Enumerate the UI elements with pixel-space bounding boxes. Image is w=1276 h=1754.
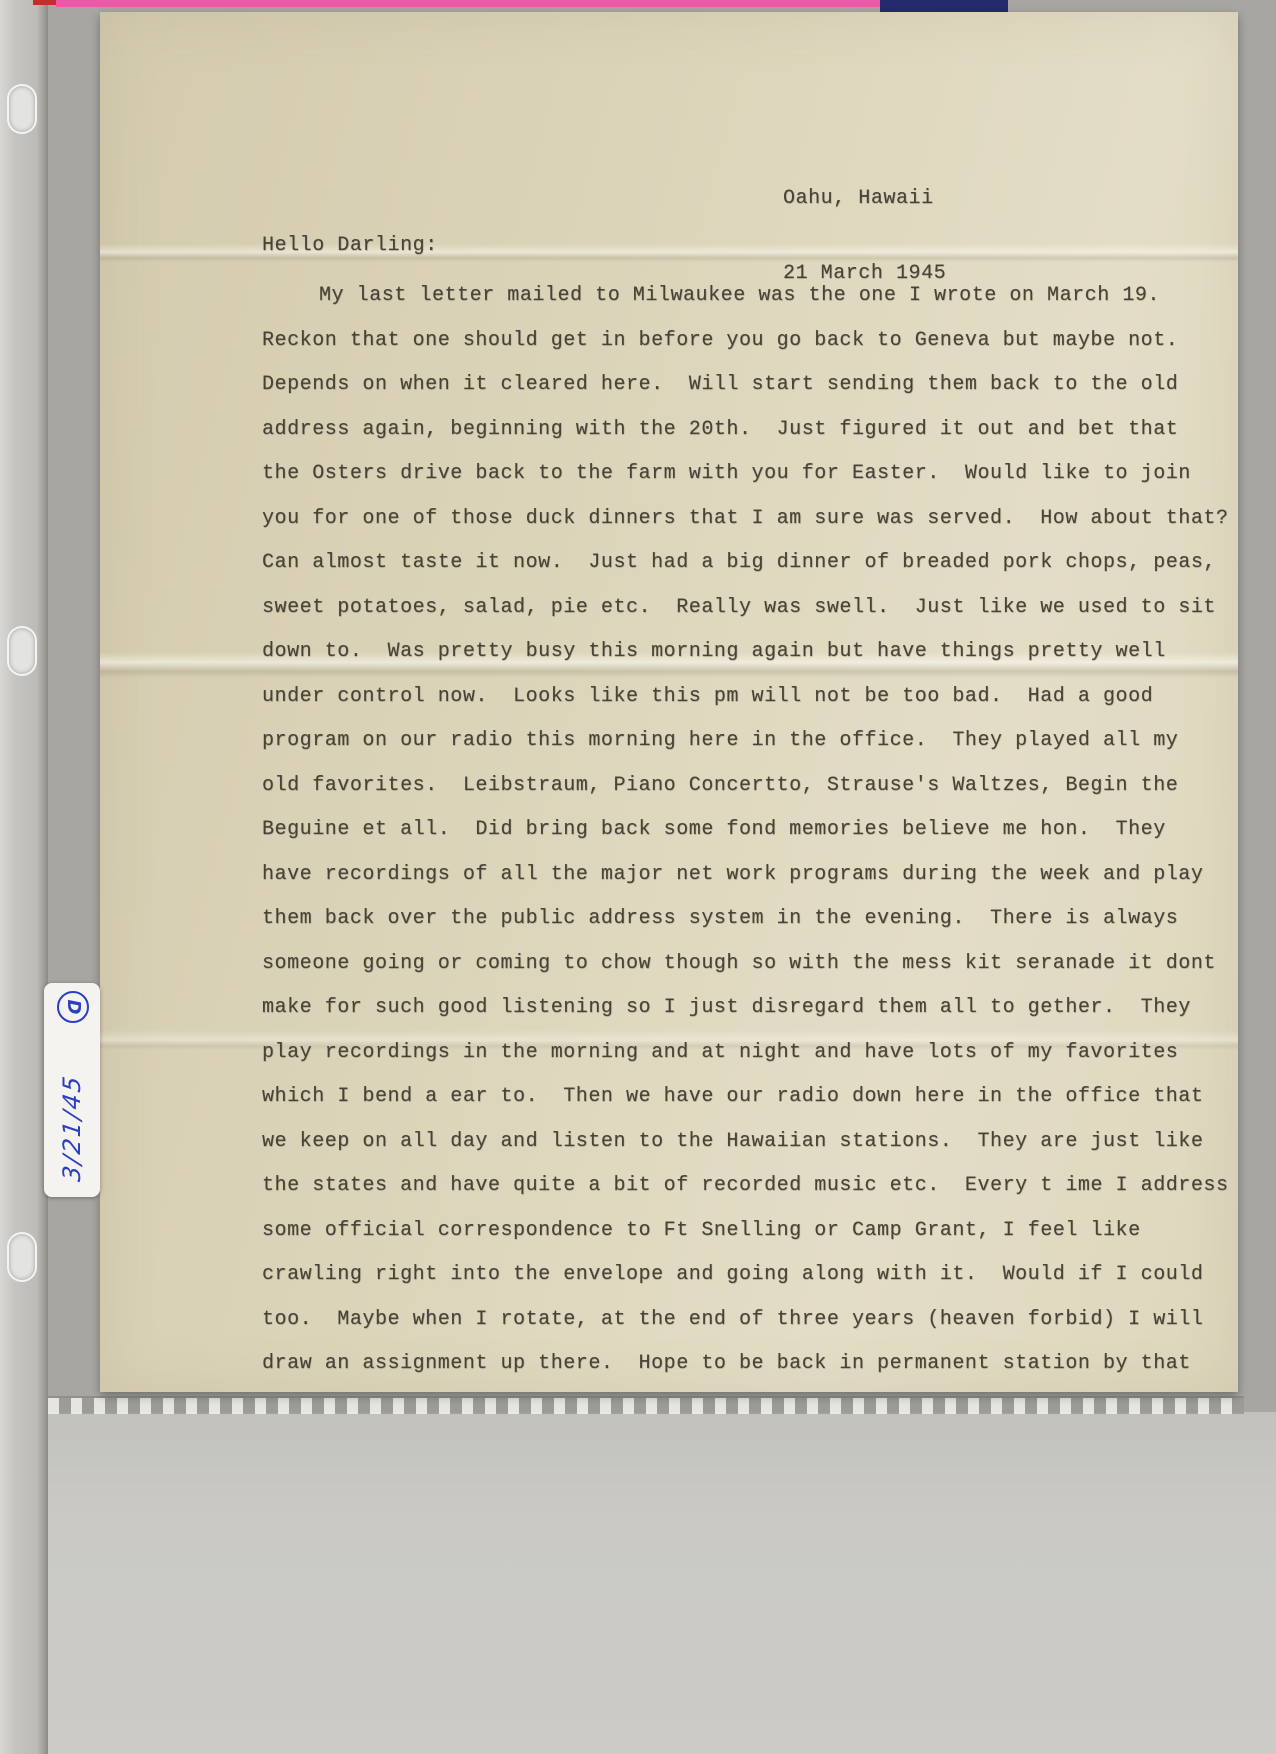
- binder-strip: [0, 0, 48, 1754]
- letter-line: have recordings of all the major net wor…: [262, 853, 1262, 898]
- letter-line: Beguine et all. Did bring back some fond…: [262, 808, 1262, 853]
- letter-paper: Oahu, Hawaii 21 March 1945 Hello Darling…: [100, 12, 1238, 1392]
- letter-line: the states and have quite a bit of recor…: [262, 1164, 1262, 1209]
- handwritten-date-label: 3/21/45: [52, 1050, 92, 1206]
- letter-line: play recordings in the morning and at ni…: [262, 1031, 1262, 1076]
- letter-line: program on our radio this morning here i…: [262, 719, 1262, 764]
- pink-highlight-strip: [56, 0, 880, 7]
- header-location: Oahu, Hawaii: [783, 186, 946, 211]
- letter-line: Depends on when it cleared here. Will st…: [262, 363, 1262, 408]
- letter-line: My last letter mailed to Milwaukee was t…: [262, 274, 1262, 319]
- circled-letter-annotation: D: [57, 991, 89, 1023]
- letter-line: some official correspondence to Ft Snell…: [262, 1209, 1262, 1254]
- letter-line: which I bend a ear to. Then we have our …: [262, 1075, 1262, 1120]
- letter-line: old favorites. Leibstraum, Piano Concert…: [262, 764, 1262, 809]
- binder-hole: [9, 628, 35, 674]
- scanned-page-background: Oahu, Hawaii 21 March 1945 Hello Darling…: [0, 0, 1276, 1754]
- letter-line: draw an assignment up there. Hope to be …: [262, 1342, 1262, 1387]
- letter-line: sweet potatoes, salad, pie etc. Really w…: [262, 586, 1262, 631]
- binder-hole: [9, 86, 35, 132]
- letter-line: you for one of those duck dinners that I…: [262, 497, 1262, 542]
- index-tab: D 3/21/45: [44, 983, 100, 1197]
- letter-line: make for such good listening so I just d…: [262, 986, 1262, 1031]
- sheet-protector-seam: [48, 1396, 1244, 1414]
- letter-line: we keep on all day and listen to the Haw…: [262, 1120, 1262, 1165]
- binder-hole: [9, 1234, 35, 1280]
- letter-line: crawling right into the envelope and goi…: [262, 1253, 1262, 1298]
- letter-line: down to. Was pretty busy this morning ag…: [262, 630, 1262, 675]
- letter-line: under control now. Looks like this pm wi…: [262, 675, 1262, 720]
- letter-line: address again, beginning with the 20th. …: [262, 408, 1262, 453]
- letter-line: Reckon that one should get in before you…: [262, 319, 1262, 364]
- letter-line: them back over the public address system…: [262, 897, 1262, 942]
- scanner-bed: [48, 1412, 1276, 1754]
- red-mark: [33, 0, 56, 5]
- letter-body: My last letter mailed to Milwaukee was t…: [262, 274, 1262, 1387]
- letter-line: too. Maybe when I rotate, at the end of …: [262, 1298, 1262, 1343]
- salutation: Hello Darling:: [262, 234, 438, 257]
- letter-line: someone going or coming to chow though s…: [262, 942, 1262, 987]
- letter-line: the Osters drive back to the farm with y…: [262, 452, 1262, 497]
- letter-line: Can almost taste it now. Just had a big …: [262, 541, 1262, 586]
